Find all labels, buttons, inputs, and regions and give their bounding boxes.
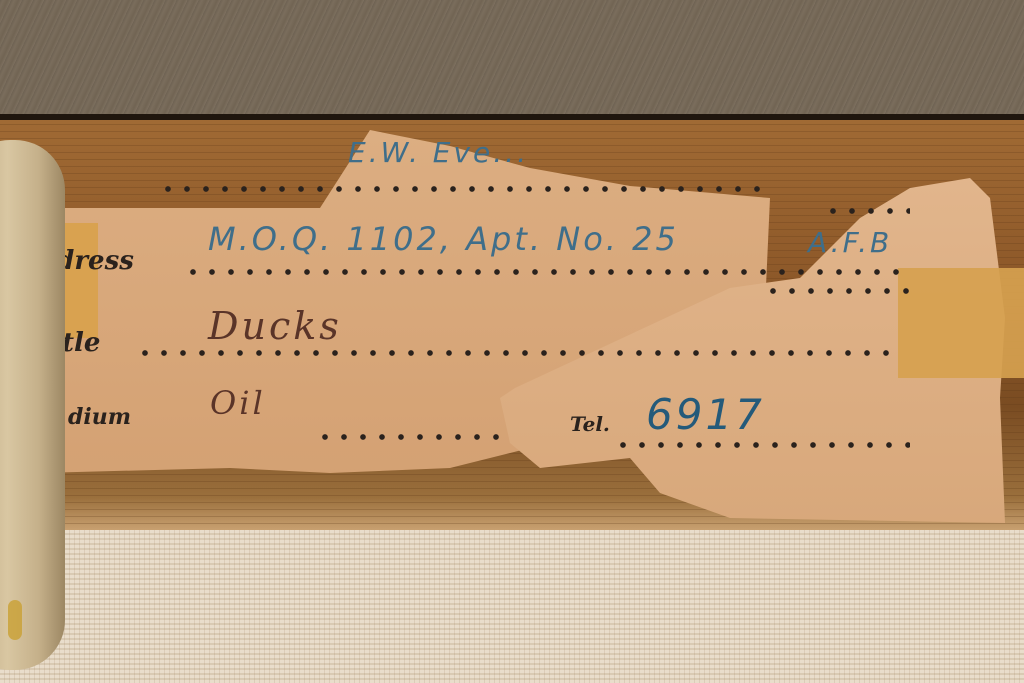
dotted-line-title [142, 350, 902, 356]
medium-field-label: dium [68, 404, 131, 430]
address-value-right: A.F.B [808, 226, 892, 259]
glue-drip [8, 600, 22, 640]
title-field-label: tle [62, 328, 100, 358]
tape-strip-right [898, 268, 1024, 378]
dotted-line-address-right [770, 288, 910, 294]
medium-value: Oil [210, 384, 266, 422]
dotted-line-tel [620, 442, 910, 448]
dotted-line-medium [322, 434, 512, 440]
frame-corner-post [0, 140, 65, 670]
dotted-line-address [190, 269, 910, 275]
torn-paper-label: E.W. Eve... ddress M.O.Q. 1102, Apt. No.… [30, 128, 1010, 528]
canvas-back [0, 530, 1024, 683]
tel-label: Tel. [570, 412, 610, 436]
top-handwriting: E.W. Eve... [348, 136, 529, 169]
address-value: M.O.Q. 1102, Apt. No. 25 [208, 220, 679, 258]
wooden-frame-top [0, 0, 1024, 116]
title-value: Ducks [208, 304, 342, 348]
dotted-line-top [165, 186, 765, 192]
tel-number: 6917 [646, 390, 765, 439]
dotted-line-top-right [830, 208, 910, 214]
